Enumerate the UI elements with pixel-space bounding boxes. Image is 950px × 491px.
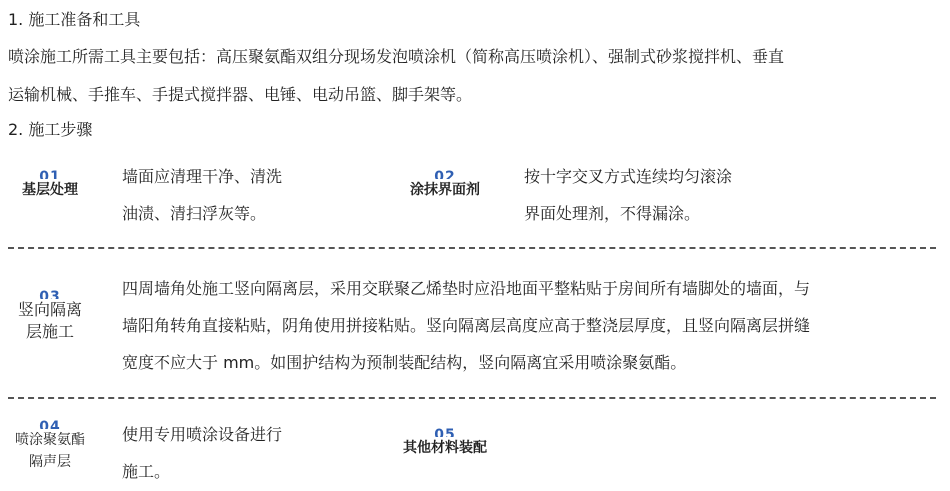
step-03-text: 四周墙角处施工竖向隔离层，采用交联聚乙烯垫时应沿地面平整粘贴于房间所有墙脚处的墙… (122, 270, 810, 381)
step-title: 基层处理 (5, 179, 95, 201)
step-05-label: 05 其他材料装配 (390, 428, 500, 459)
step-number: 04 (0, 420, 100, 429)
section-heading-preparation: 1. 施工准备和工具 (8, 10, 140, 30)
step-text-line: 四周墙角处施工竖向隔离层，采用交联聚乙烯垫时应沿地面平整粘贴于房间所有墙脚处的墙… (122, 270, 810, 307)
step-text-line: 墙阳角转角直接粘贴，阴角使用拼接粘贴。竖向隔离层高度应高于整浇层厚度，且竖向隔离… (122, 307, 810, 344)
tools-paragraph: 喷涂施工所需工具主要包括：高压聚氨酯双组分现场发泡喷涂机（简称高压喷涂机）、强制… (8, 38, 938, 114)
step-text-line: 界面处理剂，不得漏涂。 (524, 195, 732, 232)
step-04-label: 04 喷涂聚氨酯 隔声层 (0, 420, 100, 473)
step-number-badge: 05 (390, 428, 500, 437)
dashed-divider (8, 247, 936, 249)
step-title-line: 层施工 (5, 321, 95, 343)
step-number-badge: 03 (5, 290, 95, 299)
step-02-text: 按十字交叉方式连续均匀滚涂 界面处理剂，不得漏涂。 (524, 158, 732, 232)
step-number: 02 (390, 170, 500, 179)
step-title-line: 竖向隔离 (5, 299, 95, 321)
step-number: 01 (5, 170, 95, 179)
step-number-badge: 04 (0, 420, 100, 429)
step-text-line: 墙面应清理干净、清洗 (122, 158, 282, 195)
step-02-label: 02 涂抹界面剂 (390, 170, 500, 201)
step-03-label: 03 竖向隔离 层施工 (5, 290, 95, 343)
step-number: 03 (5, 290, 95, 299)
step-number: 05 (390, 428, 500, 437)
step-text-line: 按十字交叉方式连续均匀滚涂 (524, 158, 732, 195)
step-title: 其他材料装配 (390, 437, 500, 459)
step-text-line: 宽度不应大于 mm。如围护结构为预制装配结构，竖向隔离宜采用喷涂聚氨酯。 (122, 344, 810, 381)
step-number-badge: 02 (390, 170, 500, 179)
step-text-line: 油渍、清扫浮灰等。 (122, 195, 282, 232)
step-text-line: 施工。 (122, 453, 282, 490)
step-text-line: 使用专用喷涂设备进行 (122, 416, 282, 453)
step-number-badge: 01 (5, 170, 95, 179)
paragraph-line: 运输机械、手推车、手提式搅拌器、电锤、电动吊篮、脚手架等。 (8, 76, 938, 114)
step-title: 涂抹界面剂 (390, 179, 500, 201)
step-title-line: 隔声层 (0, 451, 100, 473)
section-heading-steps: 2. 施工步骤 (8, 120, 92, 140)
dashed-divider (8, 397, 936, 399)
step-01-label: 01 基层处理 (5, 170, 95, 201)
paragraph-line: 喷涂施工所需工具主要包括：高压聚氨酯双组分现场发泡喷涂机（简称高压喷涂机）、强制… (8, 38, 938, 76)
step-title-line: 喷涂聚氨酯 (0, 429, 100, 451)
step-04-text: 使用专用喷涂设备进行 施工。 (122, 416, 282, 490)
step-01-text: 墙面应清理干净、清洗 油渍、清扫浮灰等。 (122, 158, 282, 232)
